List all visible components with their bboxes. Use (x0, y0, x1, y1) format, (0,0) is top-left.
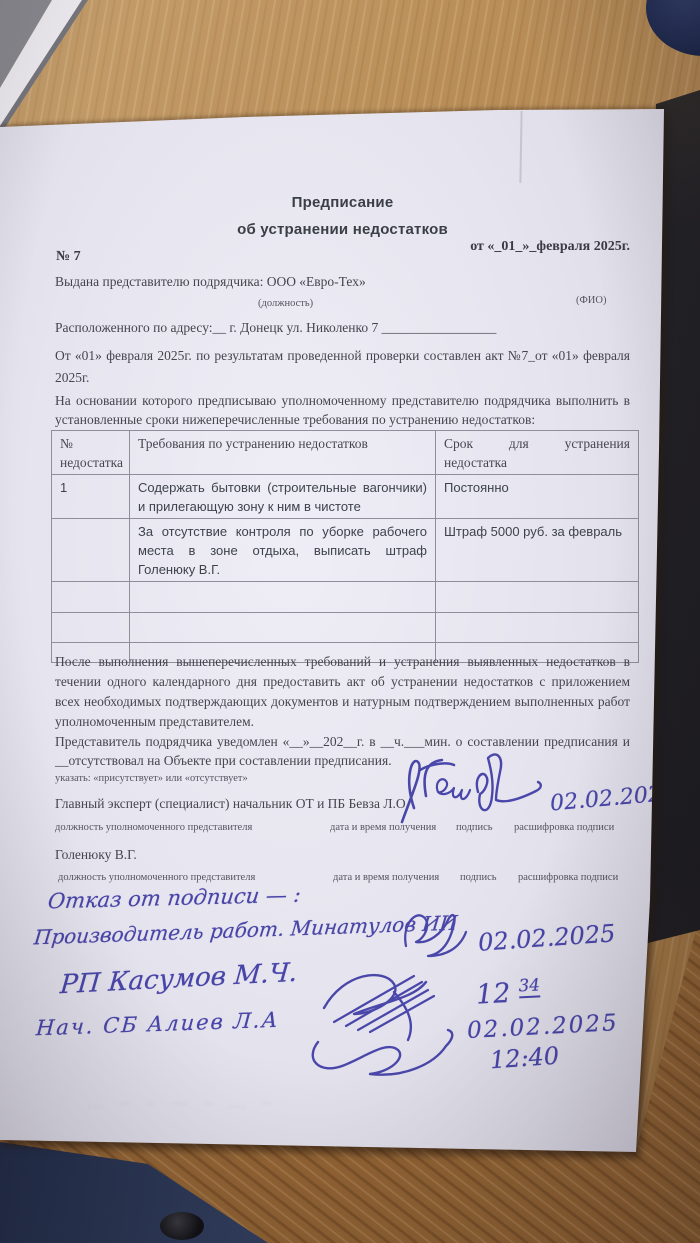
time-hours: 12 (475, 978, 511, 1011)
overlapping-signatures-scribble (294, 962, 466, 1080)
caption-signature-name: расшифровка подписи (518, 872, 618, 883)
cell-number (52, 519, 130, 582)
table-row (52, 582, 639, 613)
issued-line: Выдана представителю подрядчика: ООО «Ев… (55, 274, 366, 290)
doc-title-line1: Предписание (55, 194, 630, 211)
document-page: Предписание об устранении недостатков от… (0, 0, 700, 1243)
recipient-line: Голенюку В.Г. (55, 847, 137, 863)
cell-deadline: Постоянно (436, 475, 639, 519)
handwritten-line2: Производитель работ. Минатулов ИИ (33, 911, 459, 950)
handwritten-line4: Нач. СБ Алиев Л.А (35, 1008, 280, 1041)
caption-position: (должность) (258, 298, 313, 309)
requirements-table: № недостатка Требования по устранению не… (51, 430, 639, 663)
cell-number (52, 613, 130, 643)
cell-number: 1 (52, 475, 130, 519)
cell-requirement (130, 582, 436, 613)
bevza-signature (392, 748, 550, 828)
cell-requirement: За отсутствие контроля по уборке рабочег… (130, 519, 436, 582)
col-header-number: № недостатка (52, 431, 130, 475)
ink-bleed-smudge (88, 1092, 558, 1114)
handwritten-date-2: 02.02.2025 (477, 919, 616, 957)
basis-paragraph: На основании которого предписываю уполно… (55, 391, 630, 429)
col-header-deadline: Срок для устранения недостатка (436, 431, 639, 475)
doc-number: № 7 (56, 249, 81, 265)
cell-deadline (436, 582, 639, 613)
caption-signature: подпись (460, 872, 497, 883)
doc-title-line2: об устранении недостатков (55, 221, 630, 238)
expert-line: Главный эксперт (специалист) начальник О… (55, 796, 409, 812)
caption-position-role: должность уполномоченного представителя (58, 872, 255, 883)
minatulov-signature (398, 904, 472, 962)
caption-name: (ФИО) (576, 295, 606, 306)
caption-datetime: дата и время получения (333, 872, 439, 883)
cell-deadline (436, 613, 639, 643)
handwritten-time-2: 12:40 (489, 1042, 560, 1075)
time-minutes: 34 (518, 974, 540, 998)
bevza-date-handwritten: 02.02.2025 (549, 781, 677, 817)
paper-crease (519, 111, 522, 183)
doc-date-header: от «_01_»_февраля 2025г. (55, 239, 630, 255)
handwritten-line3: РП Касумов М.Ч. (59, 958, 299, 1001)
cell-number (52, 582, 130, 613)
cell-requirement (130, 613, 436, 643)
col-header-requirement: Требования по устранению недостатков (130, 431, 436, 475)
caption-position-role: должность уполномоченного представителя (55, 822, 252, 833)
handwritten-date-3: 02.02.2025 (466, 1010, 619, 1044)
table-row (52, 613, 639, 643)
footnote: указать: «присутствует» или «отсутствует… (55, 773, 248, 784)
cell-requirement: Содержать бытовки (строительные вагончик… (130, 475, 436, 519)
photo-scene: Предписание об устранении недостатков от… (0, 0, 700, 1243)
cell-deadline: Штраф 5000 руб. за февраль (436, 519, 639, 582)
act-paragraph: От «01» февраля 2025г. по результатам пр… (55, 345, 630, 389)
followup-paragraph: После выполнения вышеперечисленных требо… (55, 652, 630, 732)
address-line: Расположенного по адресу:__ г. Донецк ул… (55, 320, 496, 336)
handwritten-time-1: 12 34 (475, 974, 541, 1010)
handwritten-line1: Отказ от подписи — : (47, 883, 302, 914)
table-row: За отсутствие контроля по уборке рабочег… (52, 519, 639, 582)
table-row: 1 Содержать бытовки (строительные вагонч… (52, 475, 639, 519)
